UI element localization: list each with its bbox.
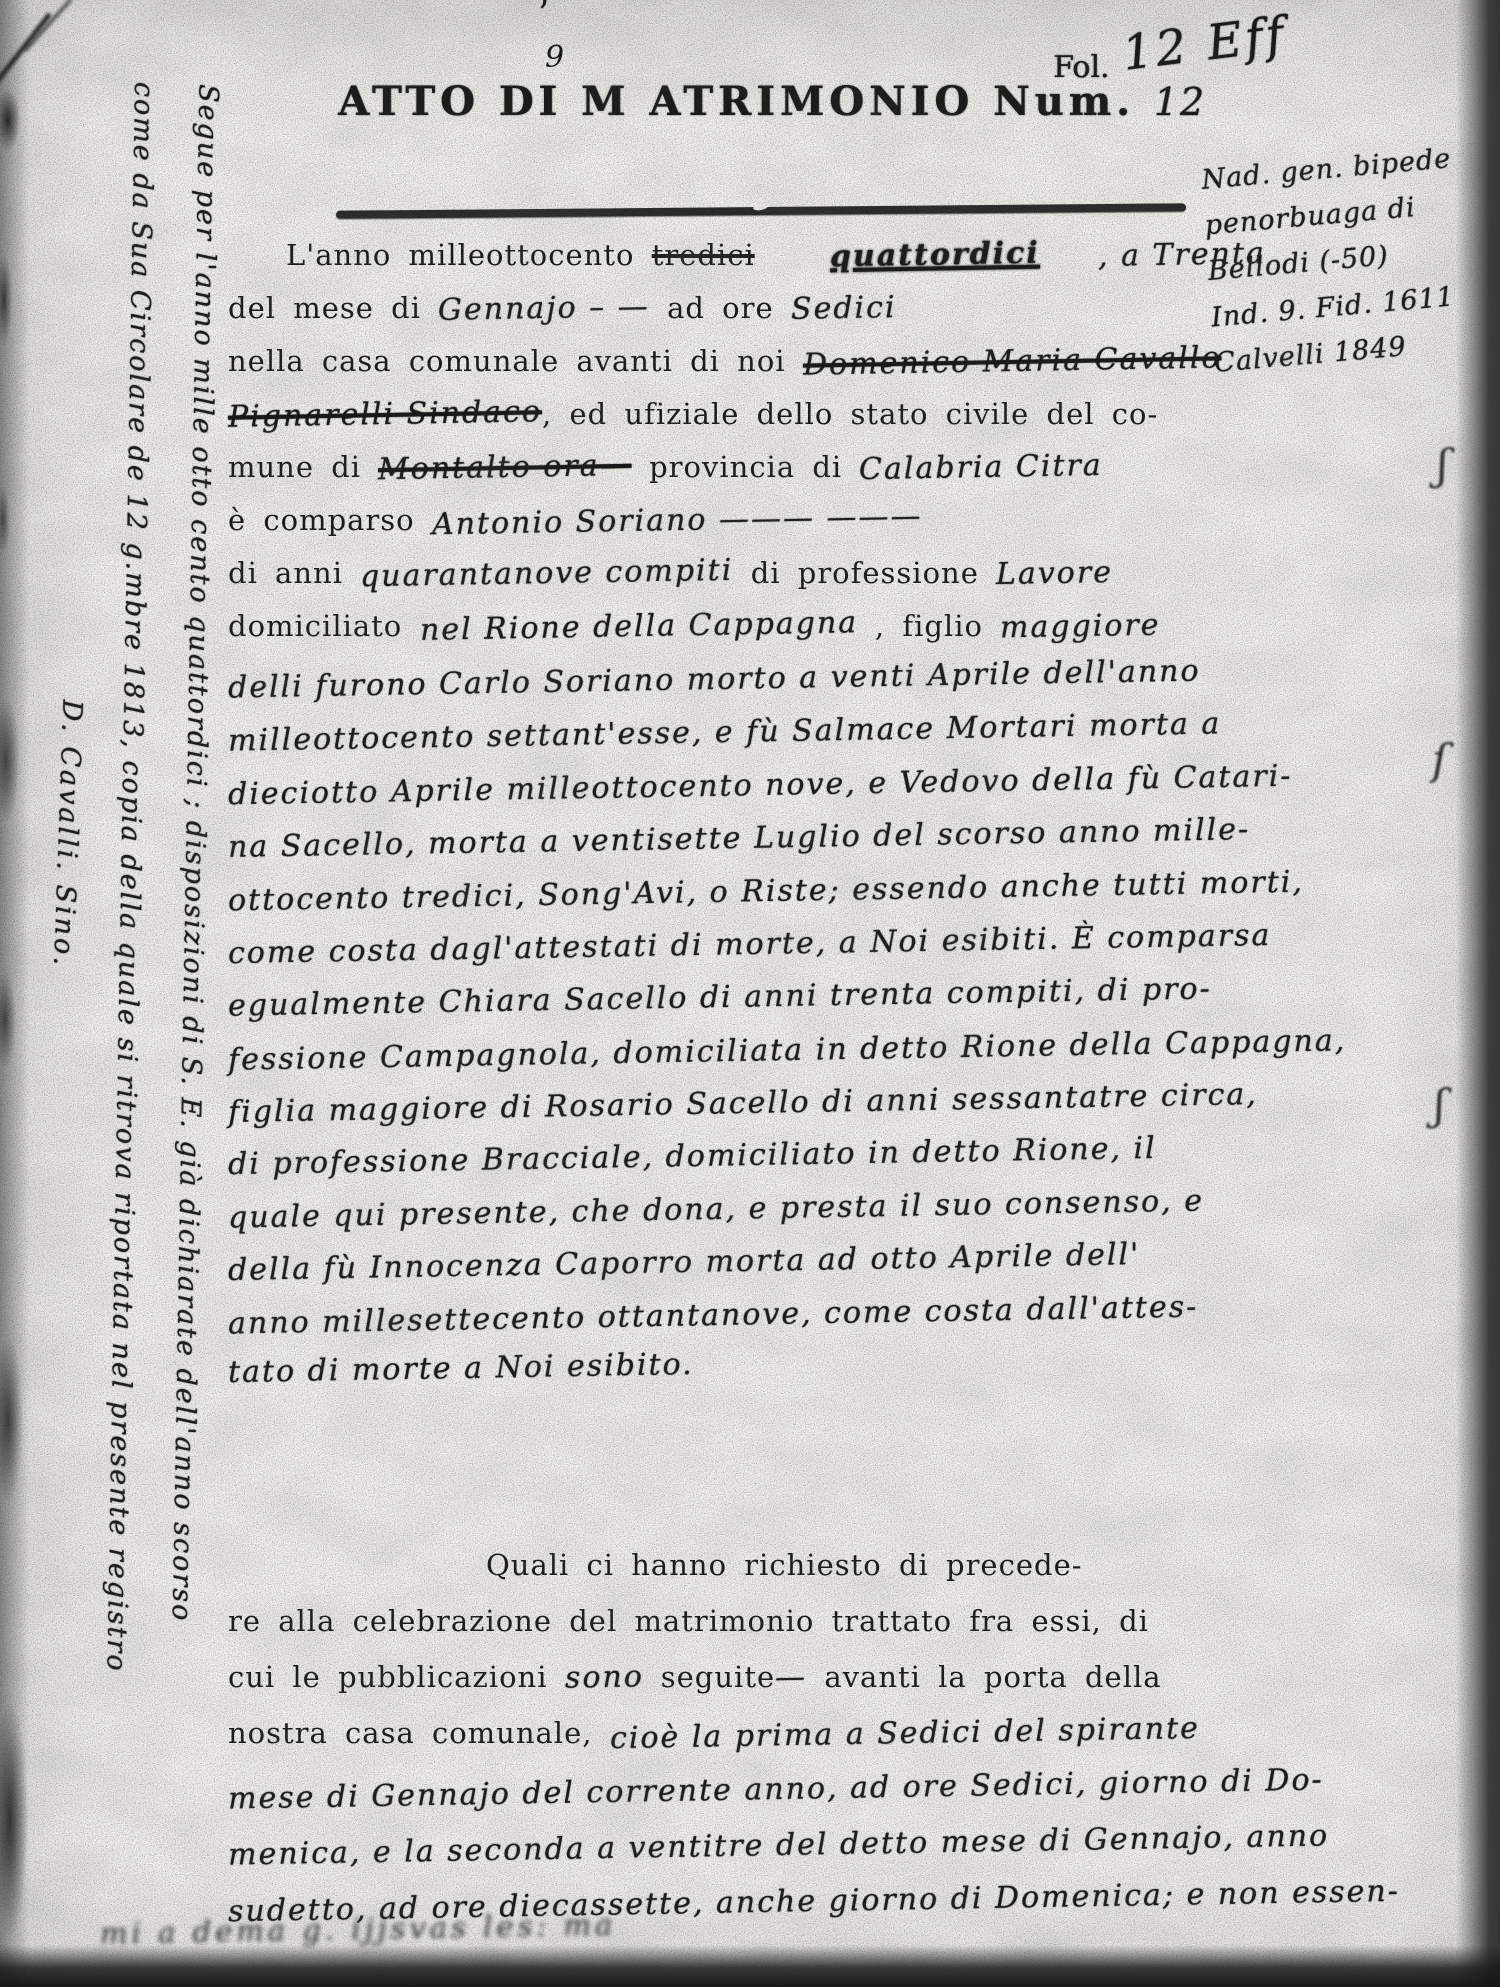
text-line: di professione Bracciale, domiciliato in… [228,1139,1238,1192]
handwritten-text: di professione Bracciale, domiciliato in… [228,1131,1157,1182]
printed-text: nella casa comunale avanti di noi [228,344,803,378]
scanned-document-page: Fol. 12 Eff ’ 9 ATTO DI M ATRIMONIO Num.… [0,0,1500,1987]
act-paragraph-opening: L'anno milleottocento tredici quattordic… [228,238,1238,1404]
handwritten-text: sono [564,1659,643,1695]
printed-text: , ed ufiziale dello stato civile del co- [542,397,1158,431]
text-line: è comparso Antonio Soriano ——— ——— [228,503,1238,556]
handwritten-text: Segue per l'anno mille otto cento quatto… [166,84,224,1623]
handwritten-text: Lavore [996,555,1114,592]
handwritten-text: , a Trenta [1039,236,1265,275]
handwritten-text: nel Rione della Cappagna [419,605,858,648]
printed-text: è comparso [228,503,432,537]
printed-text: Quali ci hanno richiesto di precede- [486,1548,1083,1582]
title-rule [336,203,1186,218]
ink-bleed-mark: ʃ [1437,440,1448,489]
ink-bleed-mark: ſ [1432,735,1448,784]
text-line: figlia maggiore di Rosario Sacello di an… [228,1086,1238,1139]
scan-edge-bottom [0,1945,1500,1987]
handwritten-text: egualmente Chiara Sacello di anni trenta… [228,971,1212,1023]
scan-edge-right [1456,0,1500,1987]
text-line: domiciliato nel Rione della Cappagna , f… [228,609,1238,662]
handwritten-text: Antonio Soriano ——— ——— [432,499,923,543]
printed-text: cui le pubblicazioni [228,1660,565,1694]
act-paragraph-publications: Quali ci hanno richiesto di precede-re a… [228,1548,1308,1940]
text-line: milleottocento settant'esse, e fù Salmac… [228,715,1238,768]
ink-dot: ’ [538,0,549,35]
text-line: mese di Gennajo del corrente anno, ad or… [228,1772,1308,1828]
handwritten-text: Montalto ora— [378,448,632,487]
printed-text: L'anno milleottocento [286,238,652,272]
text-line: cui le pubblicazioni sono seguite— avant… [228,1660,1308,1716]
text-line: fessione Campagnola, domiciliata in dett… [228,1033,1238,1086]
document-title: ATTO DI M ATRIMONIO Num. 12 [338,78,1188,125]
printed-text: di professione [733,556,996,590]
folio-number-handwritten: 12 Eff [1119,6,1290,82]
printed-text: nostra casa comunale, [228,1716,610,1750]
handwritten-text: milleottocento settant'esse, e fù Salmac… [228,706,1222,758]
handwritten-text: quattordici [772,236,1040,276]
printed-text: del mese di [228,291,438,325]
printed-text: provincia di [632,450,860,484]
text-line: del mese di Gennajo – — ad ore Sedici [228,291,1238,344]
text-line: mune di Montalto ora— provincia di Calab… [228,450,1238,503]
scan-streak [23,0,73,52]
handwritten-text: cioè la prima a Sedici del spirante [609,1711,1199,1756]
handwritten-text: quarantanove compiti [360,553,734,595]
handwritten-text: della fù Innocenza Caporro morta ad otto… [228,1237,1141,1288]
handwritten-text: anno millesettecento ottantanove, come c… [228,1290,1199,1342]
handwritten-text: Nad. gen. bipede [1200,143,1452,196]
handwritten-text: Pignarelli Sindaco [228,394,543,434]
handwritten-text: Gennajo – — [438,289,650,328]
handwritten-text: — [775,1660,808,1696]
text-line: di anni quarantanove compiti di professi… [228,556,1238,609]
printed-text: , figlio [858,609,1000,643]
margin-annotation: D. Cavalli. Sino. Segue per l'anno mille… [50,81,237,1784]
text-line: tato di morte a Noi esibito. [228,1351,1238,1404]
handwritten-text: Domenico Maria Cavallo [803,340,1222,382]
printed-text: di anni [228,556,360,590]
text-line: ottocento tredici, Song'Avi, o Riste; es… [228,874,1238,927]
printed-text: avanti la porta della [807,1660,1161,1694]
text-line: nella casa comunale avanti di noi Domeni… [228,344,1238,397]
text-line: menica, e la seconda a ventitre del dett… [228,1828,1308,1884]
printed-text: domiciliato [228,609,420,643]
text-line: delli furono Carlo Soriano morto a venti… [228,662,1238,715]
printed-text: tredici [652,238,755,272]
handwritten-text: maggiore [1000,608,1161,646]
printed-text [755,238,772,272]
text-line: nostra casa comunale, cioè la prima a Se… [228,1716,1308,1772]
printed-text: seguite [644,1660,776,1694]
ink-mark: 9 [545,40,564,75]
text-line: dieciotto Aprile milleottocento nove, e … [228,768,1238,821]
handwritten-text: delli furono Carlo Soriano morto a venti… [228,654,1201,706]
handwritten-text: Sedici [791,290,897,327]
text-line: egualmente Chiara Sacello di anni trenta… [228,980,1238,1033]
text-line: Quali ci hanno richiesto di precede- [228,1548,1308,1604]
title-text: ATTO DI M ATRIMONIO Num. [338,78,1135,125]
text-line: re alla celebrazione del matrimonio trat… [228,1604,1308,1660]
text-line: L'anno milleottocento tredici quattordic… [228,238,1238,291]
printed-text: re alla celebrazione del matrimonio trat… [228,1604,1149,1638]
printed-text: mune di [228,450,378,484]
text-line: Pignarelli Sindaco, ed ufiziale dello st… [228,397,1238,450]
handwritten-text: tato di morte a Noi esibito. [228,1347,694,1390]
handwritten-text: quale qui presente, che dona, e presta i… [228,1183,1204,1235]
text-line: anno millesettecento ottantanove, come c… [228,1298,1238,1351]
text-line: come costa dagl'attestati di morte, a No… [228,927,1238,980]
act-number-handwritten: 12 [1154,80,1206,124]
printed-text: ad ore [650,291,791,325]
text-line: della fù Innocenza Caporro morta ad otto… [228,1245,1238,1298]
ink-bleed-mark: ʃ [1434,1080,1445,1129]
handwritten-text: Calabria Citra [859,448,1103,487]
text-line: na Sacello, morta a ventisette Luglio de… [228,821,1238,874]
